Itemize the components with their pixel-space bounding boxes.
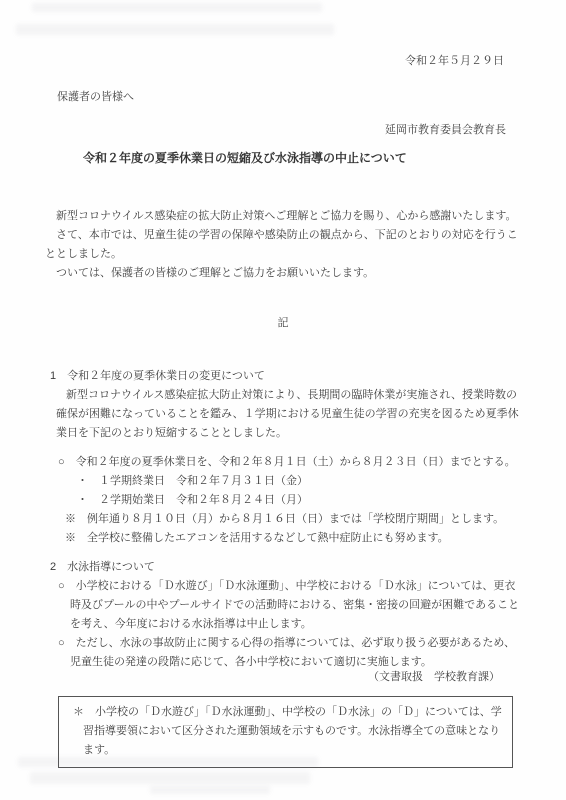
sender-line: 延岡市教育委員会教育長 (0, 121, 566, 140)
recipient-line: 保護者の皆様へ (57, 88, 566, 107)
bleed-through-artifact (18, 757, 318, 767)
bleed-through-artifact (30, 772, 310, 784)
term-start-date-line: ・ ２学期始業日 令和２年８月２４日（月） (77, 491, 526, 510)
section2-heading: 2 水泳指導について (50, 558, 566, 577)
bleed-through-artifact (32, 3, 322, 12)
section1-main-item: ○ 令和２年度の夏季休業日を、令和２年８月１日（土）から８月２３日（日）までとす… (58, 453, 526, 472)
document-title: 令和２年度の夏季休業日の短縮及び水泳指導の中止について (83, 149, 566, 168)
intro-paragraph-1: 新型コロナウイルス感染症の拡大防止対策へご理解とご協力を賜り、心から感謝いたしま… (45, 207, 520, 226)
bleed-through-artifact (150, 786, 270, 794)
footnote-text: ＊ 小学校の「Ｄ水遊び」「Ｄ水泳運動」、中学校の「Ｄ水泳」の「Ｄ」については、学… (73, 703, 504, 760)
document-date: 令和２年５月２９日 (0, 52, 566, 71)
scanned-letter-page: 令和２年５月２９日 保護者の皆様へ 延岡市教育委員会教育長 令和２年度の夏季休業… (0, 0, 566, 800)
bleed-through-artifact (16, 24, 334, 35)
intro-paragraphs: 新型コロナウイルス感染症の拡大防止対策へご理解とご協力を賜り、心から感謝いたしま… (45, 207, 520, 283)
closure-period-note: ※ 例年通り８月１０日（月）から８月１６日（日）までは「学校閉庁期間」とします。 (65, 510, 526, 529)
intro-paragraph-2: さて、本市では、児童生徒の学習の保障や感染防止の観点から、下記のとおりの対応を行… (45, 226, 520, 264)
intro-paragraph-3: ついては、保護者の皆様のご理解とご協力をお願いいたします。 (45, 264, 520, 283)
term-end-date-line: ・ １学期終業日 令和２年７月３１日（金） (77, 472, 526, 491)
swimming-cancel-item: ○ 小学校における「Ｄ水遊び」「Ｄ水泳運動」、中学校における「Ｄ水泳」については… (70, 577, 522, 634)
section1-heading: 1 令和２年度の夏季休業日の変更について (50, 367, 566, 386)
safety-instruction-item: ○ ただし、水泳の事故防止に関する心得の指導については、必ず取り扱う必要があるた… (70, 634, 522, 672)
aircon-note: ※ 全学校に整備したエアコンを活用するなどして熱中症防止にも努めます。 (65, 529, 526, 548)
record-mark: 記 (45, 314, 521, 333)
section1-body: 新型コロナウイルス感染症拡大防止対策により、長期間の臨時休業が実施され、授業時数… (56, 386, 520, 443)
